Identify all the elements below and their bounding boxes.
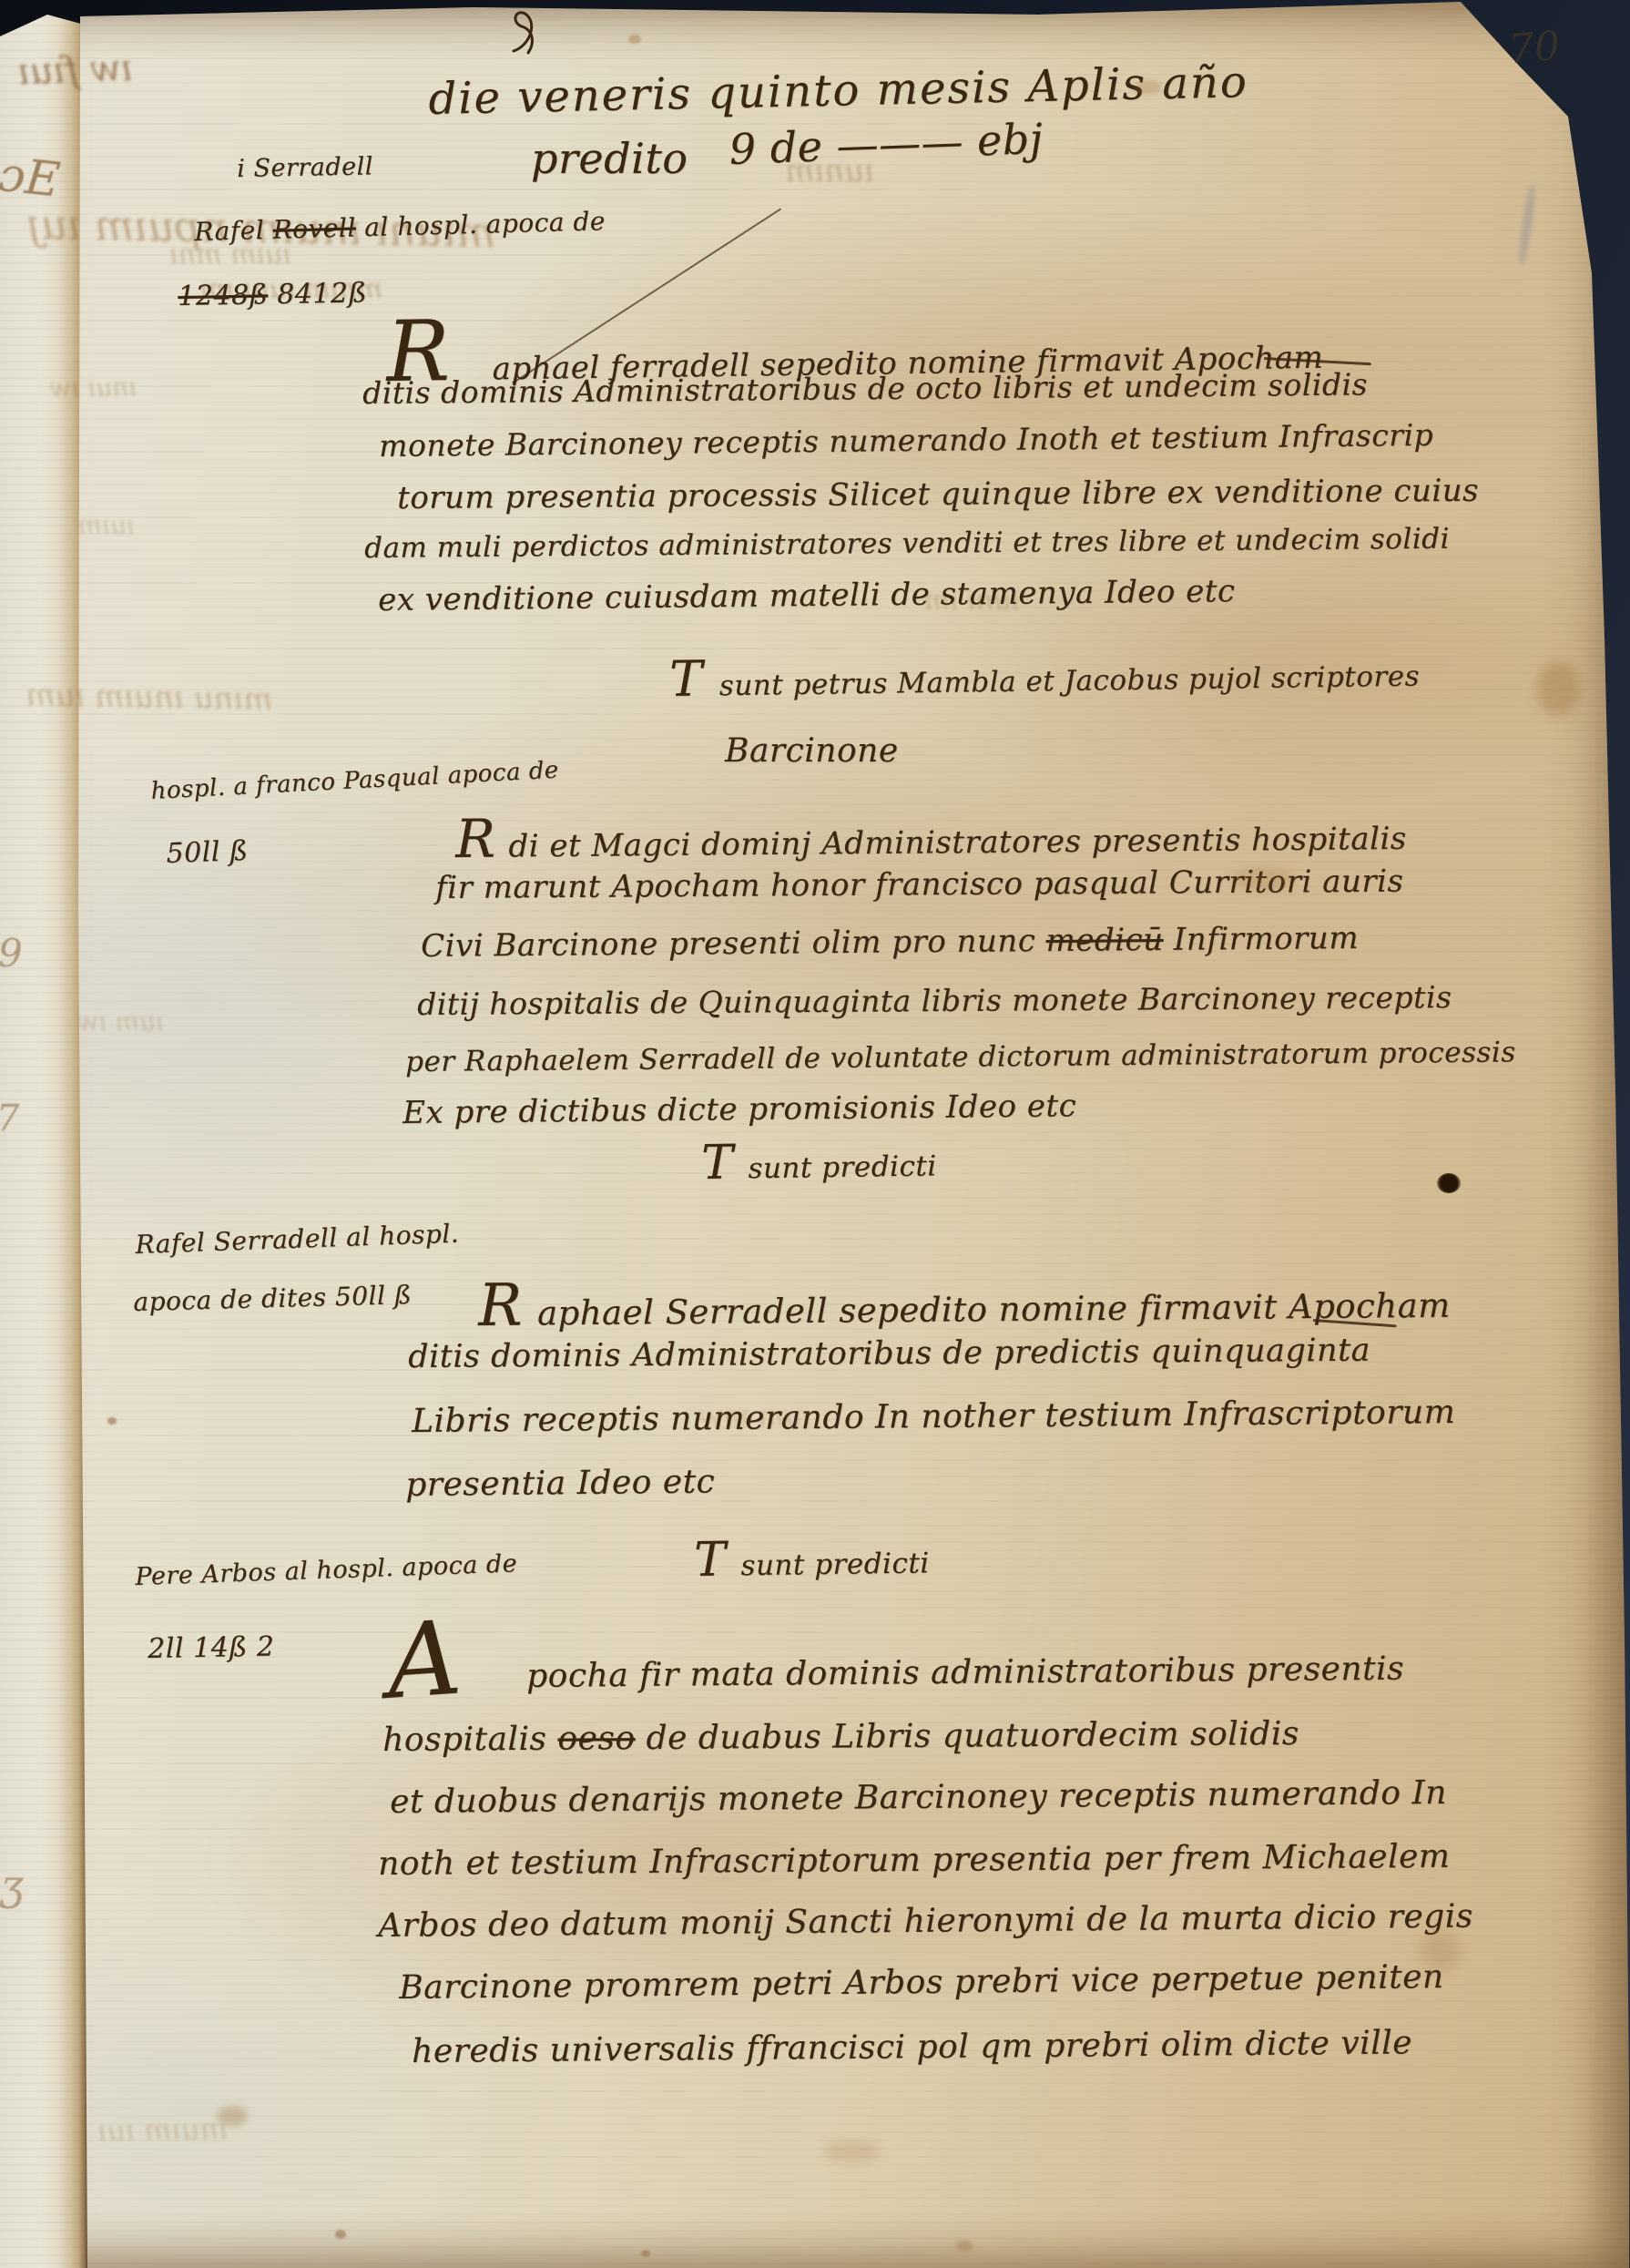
entry-4-line-2: hospitalis oeso de duabus Libris quatuor… [382, 1717, 1299, 1758]
entry-2-line-3: Civi Barcinone presenti olim pro nunc me… [421, 923, 1359, 964]
witness-line-3: Tsunt predicti [694, 1539, 930, 1581]
entry-text: hospitalis [382, 1721, 558, 1759]
struck-word: oeso [557, 1720, 635, 1758]
margin-note-1-line-1: i Serradell [237, 154, 373, 182]
entry-2-line-1: Rdi et Magci dominj Administratores pres… [455, 812, 1407, 864]
amount: 8412ß [268, 277, 368, 311]
bleed-mark: ɔE [0, 148, 63, 209]
witness-text: sunt predicti [740, 1547, 930, 1582]
entry-2-line-2: fir marunt Apocham honor francisco pasqu… [435, 866, 1404, 905]
header-line-2-flourish: 9 de ——— ebj [728, 117, 1044, 171]
struck-word: Rovell [272, 212, 356, 244]
entry-3-line-2: ditis dominis Administratoribus de predi… [408, 1334, 1370, 1374]
witness-line-2: Tsunt predicti [701, 1142, 937, 1184]
entry-text: aphael Serradell sepedito nomine firmavi… [537, 1286, 1451, 1333]
entry-text: de duabus Libris quatuordecim solidis [635, 1715, 1299, 1757]
bleed-mark: ʒ [0, 1860, 24, 1909]
struck-amount: 1248ß [178, 279, 268, 312]
drop-cap-r: R [478, 1284, 523, 1328]
struck-word: medicū [1045, 922, 1163, 959]
margin-note-1-line-3: 1248ß 8412ß [178, 279, 367, 311]
witness-initial-t: T [701, 1146, 734, 1181]
entry-4-line-1: pocha fir mata dominis administratoribus… [526, 1652, 1404, 1694]
entry-2-line-4: ditij hospitalis de Quinquaginta libris … [417, 982, 1452, 1021]
margin-note-text: Rafel [194, 215, 273, 247]
witness-initial-t: T [694, 1543, 727, 1578]
witness-initial-t: T [669, 660, 703, 698]
margin-note-4-line-2: 2ll 14ß 2 [148, 1633, 275, 1664]
bleed-mark: 7 [0, 1098, 19, 1139]
margin-note-2-line-2: 50ll ß [166, 837, 249, 869]
entry-1-line-4: torum presentia processis Silicet quinqu… [397, 475, 1479, 516]
bleed-mark: 9 [0, 931, 23, 976]
header-line-2: predito [531, 137, 688, 180]
entry-text: Civi Barcinone presenti olim pro nunc [421, 923, 1046, 965]
entry-3-line-1: Raphael Serradell sepedito nomine firmav… [478, 1276, 1451, 1333]
drop-cap-a: A [384, 1618, 464, 1704]
entry-2-line-6: Ex pre dictibus dicte promisionis Ideo e… [402, 1090, 1076, 1129]
entry-3-line-4: presentia Ideo etc [405, 1465, 715, 1502]
paraph-icon [503, 5, 548, 58]
entry-4-line-4: noth et testium Infrascriptorum presenti… [378, 1840, 1451, 1882]
manuscript-scan: ıw fıuı ıunım mıunı ınuım npuım ıuȷ mnım… [0, 0, 1630, 2268]
witness-text: sunt predicti [748, 1149, 937, 1185]
entry-text: Infirmorum [1163, 920, 1359, 958]
witness-line-1b: Barcinone [725, 734, 899, 769]
folio-number: 70 [1507, 26, 1562, 71]
entry-4-line-7: heredis universalis ffrancisci pol qm pr… [412, 2026, 1412, 2069]
margin-note-3-line-2: apoca de dites 50ll ß [133, 1282, 412, 1315]
drop-cap-r: R [455, 820, 496, 860]
